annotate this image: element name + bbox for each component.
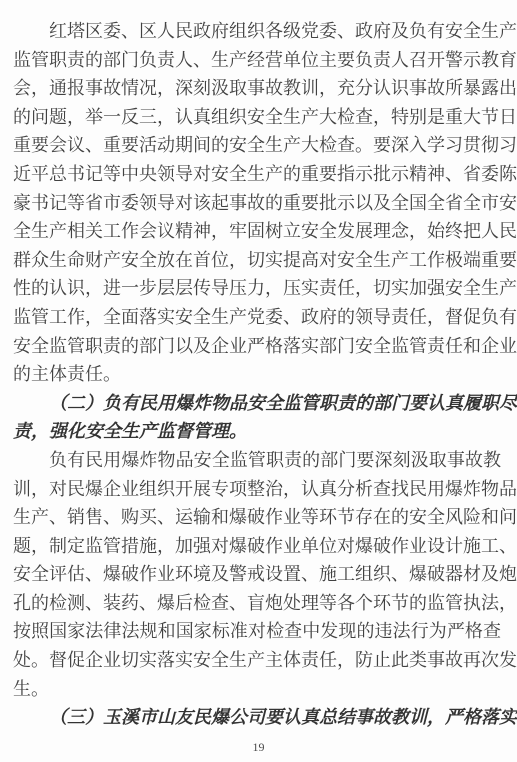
text-line: 安全评估、爆破作业环境及警戒设置、施工组织、爆破器材及炮 <box>13 560 501 589</box>
text-line: 的主体责任。 <box>13 360 501 389</box>
text-line: 处。督促企业切实落实安全生产主体责任，防止此类事故再次发 <box>13 646 501 675</box>
text-line: 的问题，举一反三，认真组织安全生产大检查，特别是重大节日、 <box>13 103 501 132</box>
heading-line: （二）负有民用爆炸物品安全监管职责的部门要认真履职尽 <box>13 389 501 418</box>
text-line: 训，对民爆企业组织开展专项整治，认真分析查找民用爆炸物品 <box>13 475 501 504</box>
text-line: 生产、销售、购买、运输和爆破作业等环节存在的安全风险和问 <box>13 503 501 532</box>
text-line: 豪书记等省市委领导对该起事故的重要批示以及全国全省全市安 <box>13 189 501 218</box>
text-body: 红塔区委、区人民政府组织各级党委、政府及负有安全生产监管职责的部门负责人、生产经… <box>13 17 501 732</box>
heading-line: 责，强化安全生产监督管理。 <box>13 417 501 446</box>
text-line: 性的认识，进一步层层传导压力，压实责任，切实加强安全生产 <box>13 274 501 303</box>
text-line: 题，制定监管措施，加强对爆破作业单位对爆破作业设计施工、 <box>13 532 501 561</box>
text-line: 监管职责的部门负责人、生产经营单位主要负责人召开警示教育 <box>13 46 501 75</box>
text-line: 会，通报事故情况，深刻汲取事故教训，充分认识事故所暴露出 <box>13 74 501 103</box>
text-line: 负有民用爆炸物品安全监管职责的部门要深刻汲取事故教 <box>13 446 501 475</box>
text-line: 监管工作，全面落实安全生产党委、政府的领导责任，督促负有 <box>13 303 501 332</box>
text-line: 生。 <box>13 675 501 704</box>
page-number: 19 <box>0 740 517 754</box>
document-page: 红塔区委、区人民政府组织各级党委、政府及负有安全生产监管职责的部门负责人、生产经… <box>0 0 517 762</box>
text-line: 安全监管职责的部门以及企业严格落实部门安全监管责任和企业 <box>13 332 501 361</box>
text-line: 近平总书记等中央领导对安全生产的重要指示批示精神、省委陈 <box>13 160 501 189</box>
text-line: 按照国家法律法规和国家标准对检查中发现的违法行为严格查 <box>13 617 501 646</box>
heading-line: （三）玉溪市山友民爆公司要认真总结事故教训，严格落实 <box>13 703 501 732</box>
text-line: 红塔区委、区人民政府组织各级党委、政府及负有安全生产 <box>13 17 501 46</box>
text-line: 孔的检测、装药、爆后检查、盲炮处理等各个环节的监管执法， <box>13 589 501 618</box>
text-line: 群众生命财产安全放在首位，切实提高对安全生产工作极端重要 <box>13 246 501 275</box>
text-line: 重要会议、重要活动期间的安全生产大检查。要深入学习贯彻习 <box>13 131 501 160</box>
text-line: 全生产相关工作会议精神，牢固树立安全发展理念，始终把人民 <box>13 217 501 246</box>
